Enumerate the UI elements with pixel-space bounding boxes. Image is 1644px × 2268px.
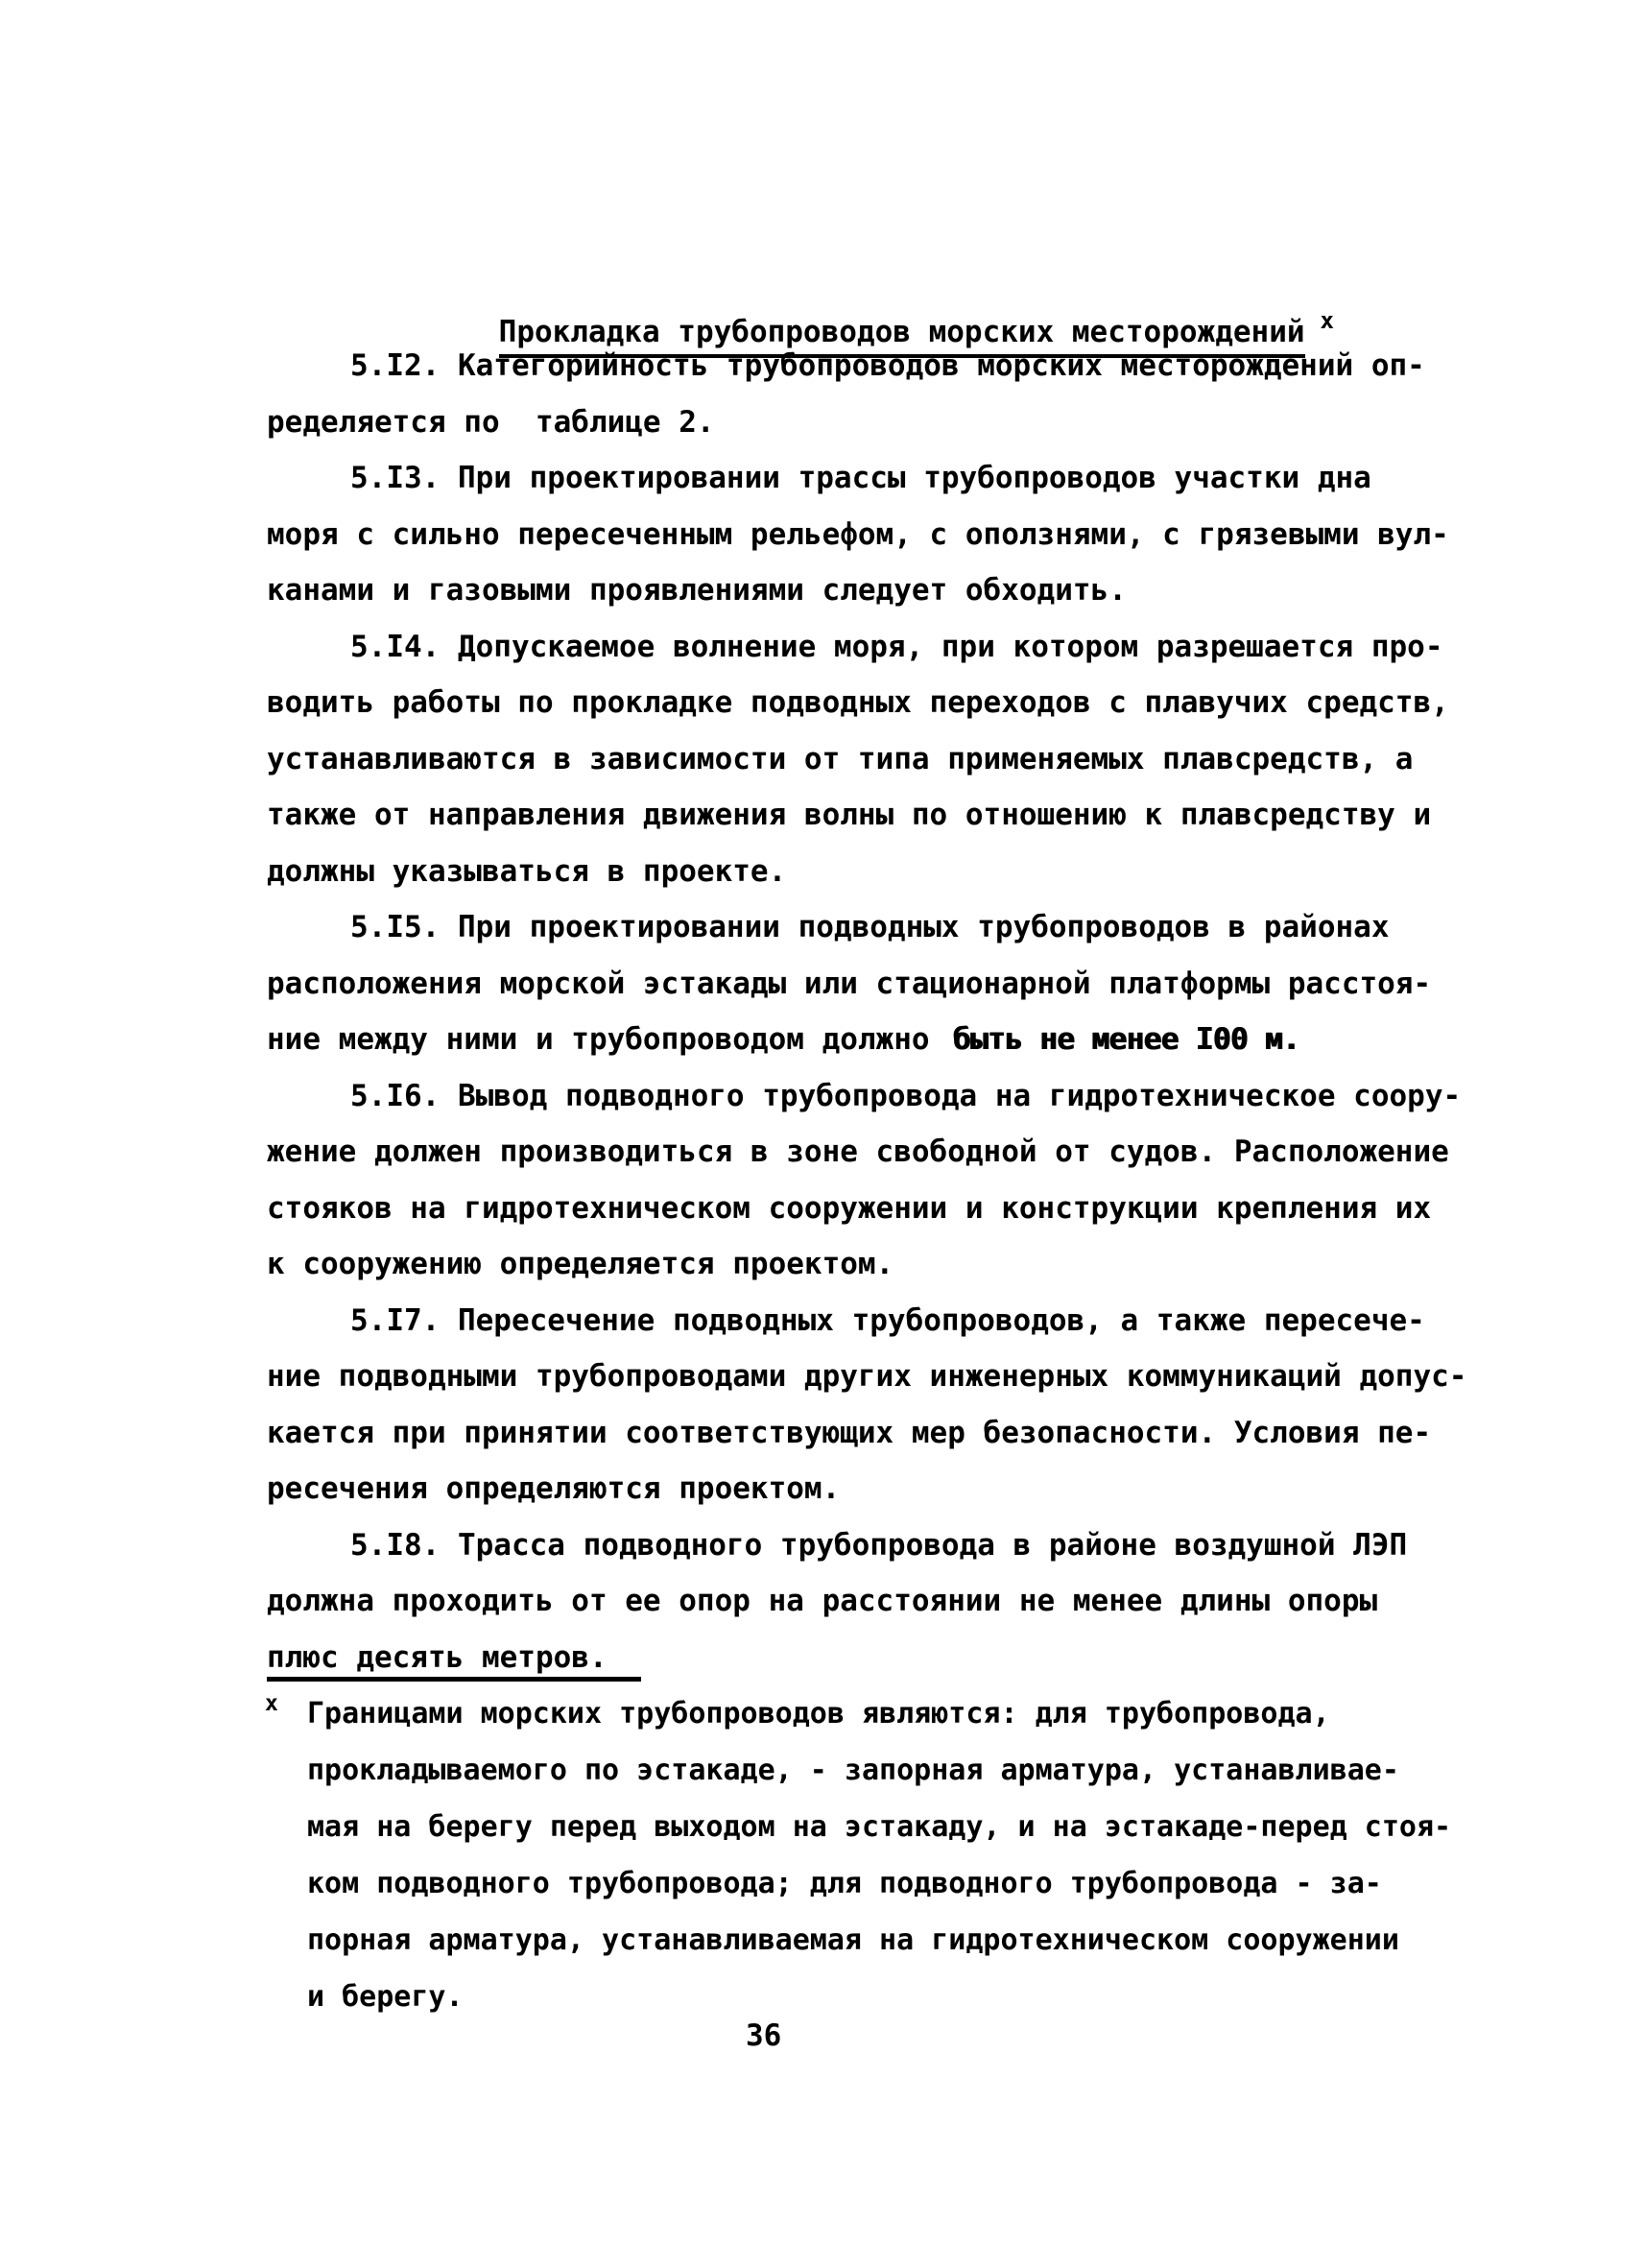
document-page: Прокладка трубопроводов морских месторож…: [0, 0, 1644, 2268]
text-line: 5.I7. Пересечение подводных трубопроводо…: [267, 1293, 1505, 1349]
text-line: 5.I8. Трасса подводного трубопровода в р…: [267, 1517, 1505, 1574]
footnote-line: мая на берегу перед выходом на эстакаду,…: [307, 1799, 1451, 1855]
page-number: 36: [746, 2021, 781, 2051]
text-line: ределяется по таблице 2.: [267, 394, 1505, 451]
paragraph-5-16: 5.I6. Вывод подводного трубопровода на г…: [267, 1068, 1505, 1293]
paragraph-5-17: 5.I7. Пересечение подводных трубопроводо…: [267, 1293, 1505, 1517]
footnote-line: и берегу.: [307, 1969, 1451, 2025]
footnote-marker: х: [265, 1691, 278, 1716]
text-line: должны указываться в проекте.: [267, 844, 1505, 900]
paragraph-5-14: 5.I4. Допускаемое волнение моря, при кот…: [267, 619, 1505, 900]
paragraph-5-13: 5.I3. При проектировании трассы трубопро…: [267, 450, 1505, 619]
footnote-line: порная арматура, устанавливаемая на гидр…: [307, 1912, 1451, 1969]
text-line: стояков на гидротехническом сооружении и…: [267, 1181, 1505, 1237]
text-line: ресечения определяются проектом.: [267, 1461, 1505, 1517]
footnote-line: ком подводного трубопровода; для подводн…: [307, 1855, 1451, 1912]
paragraph-5-18: 5.I8. Трасса подводного трубопровода в р…: [267, 1517, 1505, 1686]
text-line: к сооружению определяется проектом.: [267, 1236, 1505, 1293]
paragraph-5-12: 5.I2. Категорийность трубопроводов морск…: [267, 338, 1505, 450]
text-line: жение должен производиться в зоне свобод…: [267, 1124, 1505, 1181]
typed-insert-segment: быть не менее I00 м.: [953, 1022, 1299, 1057]
text-line: расположения морской эстакады или стацио…: [267, 956, 1505, 1013]
text-line: водить работы по прокладке подводных пер…: [267, 675, 1505, 731]
text-line: ние между ними и трубопроводом должнобыт…: [267, 1012, 1505, 1068]
footnote-separator-line: [267, 1677, 641, 1682]
text-line: 5.I3. При проектировании трассы трубопро…: [267, 450, 1505, 507]
text-line: должна проходить от ее опор на расстояни…: [267, 1573, 1505, 1630]
text-segment: ние между ними и трубопроводом должно: [267, 1022, 930, 1057]
text-line: 5.I5. При проектировании подводных трубо…: [267, 899, 1505, 956]
text-line: также от направления движения волны по о…: [267, 787, 1505, 844]
text-line: ние подводными трубопроводами других инж…: [267, 1349, 1505, 1405]
text-line: 5.I2. Категорийность трубопроводов морск…: [267, 338, 1505, 394]
text-line: устанавливаются в зависимости от типа пр…: [267, 731, 1505, 788]
body-text: 5.I2. Категорийность трубопроводов морск…: [267, 338, 1505, 1685]
text-line: канами и газовыми проявлениями следует о…: [267, 562, 1505, 619]
text-line: кается при принятии соответствующих мер …: [267, 1405, 1505, 1462]
text-line: 5.I6. Вывод подводного трубопровода на г…: [267, 1068, 1505, 1125]
footnote-marker-superscript: х: [1321, 307, 1334, 334]
paragraph-5-15: 5.I5. При проектировании подводных трубо…: [267, 899, 1505, 1068]
footnote: х Границами морских трубопроводов являют…: [307, 1685, 1451, 2025]
text-line: моря с сильно пересеченным рельефом, с о…: [267, 507, 1505, 563]
text-line: 5.I4. Допускаемое волнение моря, при кот…: [267, 619, 1505, 676]
footnote-line: прокладываемого по эстакаде, - запорная …: [307, 1742, 1451, 1799]
footnote-line: Границами морских трубопроводов являются…: [307, 1685, 1451, 1742]
